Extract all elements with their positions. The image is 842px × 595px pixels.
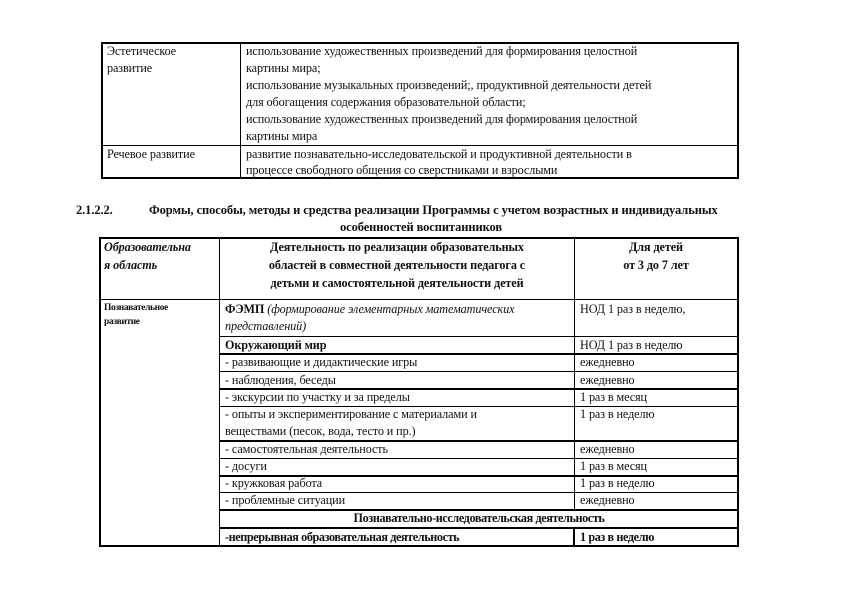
header-age-line1: Для детей [575,239,737,257]
header-activity-line3: детьми и самостоятельной деятельности де… [220,275,574,293]
table2-left-border [99,237,101,547]
table1-col-divider [240,42,241,179]
last-activity-item: -непрерывная образовательная деятельност… [225,529,459,547]
activity-item: - экскурсии по участку и за пределы [225,389,410,407]
table2-col2-divider-lower [573,528,575,546]
area-aesthetic-line1: Эстетическое [107,43,176,61]
aesthetic-text-line: картины мира [246,128,317,146]
speech-text-line: развитие познавательно-исследовательской… [246,146,632,164]
femp-title: ФЭМП [225,302,264,316]
activity-frequency: 1 раз в месяц [580,389,647,407]
header-activity-line1: Деятельность по реализации образовательн… [220,239,574,257]
table2-right-border [737,237,739,547]
activity-frequency: ежедневно [580,354,635,372]
aesthetic-text-line: использование музыкальных произведений;,… [246,77,651,95]
activity-item: - проблемные ситуации [225,492,345,510]
subheader-research-activity: Познавательно-исследовательская деятельн… [220,510,738,528]
area-speech: Речевое развитие [107,146,195,164]
header-activity-line2: областей в совместной деятельности педаг… [220,257,574,275]
section-title-line2: особенностей воспитанников [0,219,842,237]
activity-frequency: 1 раз в месяц [580,458,647,476]
activity-item: - опыты и экспериментирование с материал… [225,406,477,424]
world-title: Окружающий мир [225,337,326,355]
header-age-line2: от 3 до 7 лет [575,257,737,275]
aesthetic-text-line: для обогащения содержания образовательно… [246,94,526,112]
activity-frequency: 1 раз в неделю [580,475,654,493]
femp-desc-line2: представлений) [225,318,306,336]
activity-frequency: ежедневно [580,372,635,390]
speech-text-line: процессе свободного общения со сверстник… [246,162,557,180]
table2-col2-divider-upper [574,237,575,509]
activity-frequency: ежедневно [580,492,635,510]
table1-right-border [737,42,739,179]
section-number: 2.1.2.2. [76,202,113,220]
activity-item: - кружковая работа [225,475,322,493]
header-area-line2: я область [104,257,157,275]
activity-frequency: ежедневно [580,441,635,459]
aesthetic-text-line: использование художественных произведени… [246,111,637,129]
last-activity-frequency: 1 раз в неделю [580,529,654,547]
area-cognitive-line2: развитие [104,316,140,329]
femp-row: ФЭМП (формирование элементарных математи… [225,301,514,319]
femp-frequency: НОД 1 раз в неделю, [580,301,685,319]
area-cognitive-line1: Познавательное [104,302,168,315]
activity-item-line2: веществами (песок, вода, тесто и пр.) [225,423,416,441]
table1-left-border [101,42,103,179]
activity-item: - развивающие и дидактические игры [225,354,417,372]
aesthetic-text-line: использование художественных произведени… [246,43,637,61]
table2-header-divider [99,299,739,300]
activity-item: - наблюдения, беседы [225,372,336,390]
aesthetic-text-line: картины мира; [246,60,321,78]
femp-desc: (формирование элементарных математически… [267,302,514,316]
area-aesthetic-line2: развитие [107,60,152,78]
header-area-line1: Образовательна [104,239,191,257]
activity-item: - самостоятельная деятельность [225,441,388,459]
section-title-line1: Формы, способы, методы и средства реализ… [149,202,718,220]
activity-frequency: 1 раз в неделю [580,406,654,424]
world-frequency: НОД 1 раз в неделю [580,337,682,355]
activity-item: - досуги [225,458,267,476]
